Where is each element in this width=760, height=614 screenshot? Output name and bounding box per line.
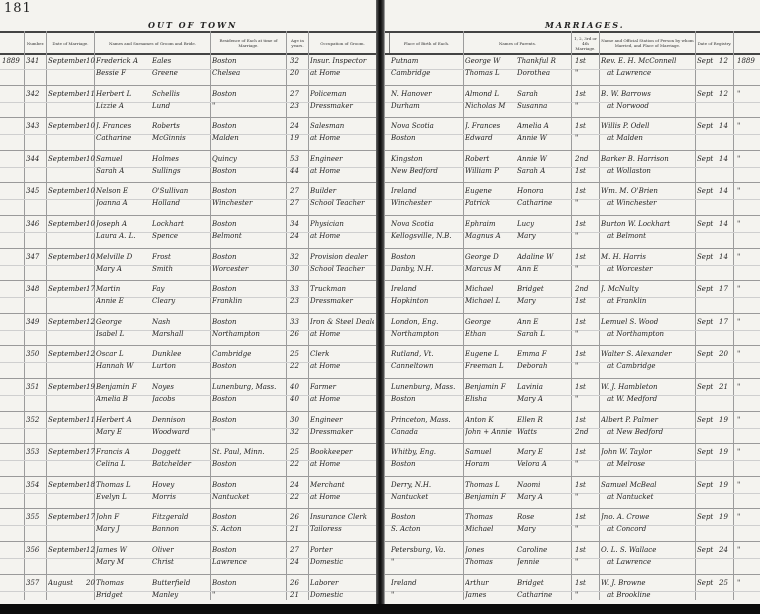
bride-first-name: Laura A. L. <box>96 232 152 240</box>
registry-day: 14 <box>719 253 733 261</box>
bride-marriage-count: " <box>575 460 597 468</box>
header-names-of-parents: Names of Parents. <box>463 33 571 53</box>
registry-month: Sept <box>697 57 717 65</box>
bride-birthplace: Canneltown <box>391 362 463 370</box>
bride-marriage-count: " <box>575 493 597 501</box>
record-row: 354September18Thomas LHoveyEvelyn LMorri… <box>0 477 376 510</box>
bride-birthplace: Durham <box>391 102 463 110</box>
bride-marriage-count: " <box>575 395 597 403</box>
bride-mother: Jennie <box>517 558 569 566</box>
bride-first-name: Celina L <box>96 460 152 468</box>
bride-mother: Watts <box>517 428 569 436</box>
marriage-month: September <box>48 513 86 521</box>
bride-birthplace: Boston <box>391 134 463 142</box>
groom-surname: Hovey <box>152 481 208 489</box>
groom-birthplace: Ireland <box>391 285 463 293</box>
registry-day: 14 <box>719 155 733 163</box>
record-number: 352 <box>26 416 46 424</box>
registry-year: " <box>737 122 759 130</box>
groom-father: Almond L <box>465 90 517 98</box>
groom-birthplace: Princeton, Mass. <box>391 416 463 424</box>
groom-marriage-count: 1st <box>575 122 597 130</box>
record-row: PutnamCambridgeGeorge WThankful RThomas … <box>385 53 760 86</box>
groom-first-name: James W <box>96 546 152 554</box>
groom-age: 32 <box>290 253 306 261</box>
bride-surname: Christ <box>152 558 208 566</box>
record-number: 344 <box>26 155 46 163</box>
marriage-month: September <box>48 481 86 489</box>
bride-occupation: at Home <box>310 232 374 240</box>
bride-occupation: School Teacher <box>310 199 374 207</box>
groom-occupation: Porter <box>310 546 374 554</box>
registry-day: 14 <box>719 122 733 130</box>
bride-marriage-count: " <box>575 525 597 533</box>
bride-occupation: Domestic <box>310 591 374 599</box>
groom-occupation: Merchant <box>310 481 374 489</box>
registry-day: 19 <box>719 481 733 489</box>
officiant-name: Samuel McBeal <box>601 481 695 489</box>
registry-year: " <box>737 318 759 326</box>
groom-first-name: Francis A <box>96 448 152 456</box>
marriage-day: 10 <box>86 253 96 261</box>
groom-first-name: Samuel <box>96 155 152 163</box>
groom-age: 25 <box>290 448 306 456</box>
groom-mother: Emma F <box>517 350 569 358</box>
bride-mother: Mary <box>517 232 569 240</box>
groom-residence: Boston <box>212 416 284 424</box>
bride-mother: Deborah <box>517 362 569 370</box>
registry-month: Sept <box>697 187 717 195</box>
registry-year: " <box>737 579 759 587</box>
groom-father: Eugene <box>465 187 517 195</box>
record-row: 348September17MartinFayAnnie EClearyBost… <box>0 281 376 314</box>
page-number: 181 <box>4 1 32 16</box>
bride-father: James <box>465 591 517 599</box>
bride-birthplace: Northampton <box>391 330 463 338</box>
marriage-place: at Franklin <box>607 297 695 305</box>
record-row: IrelandHopkintonMichaelBridgetMichael LM… <box>385 281 760 314</box>
header-marriage-count: 1, 2, 3rd or 4th Marriage. <box>571 33 599 53</box>
bride-residence: Northampton <box>212 330 284 338</box>
registry-year: " <box>737 546 759 554</box>
groom-age: 24 <box>290 122 306 130</box>
bride-first-name: Catharine <box>96 134 152 142</box>
groom-father: George <box>465 318 517 326</box>
record-row: 349September12GeorgeNashIsabel LMarshall… <box>0 314 376 347</box>
bride-surname: Jacobs <box>152 395 208 403</box>
header-occupation-groom: Occupation of Groom. <box>308 33 376 53</box>
groom-age: 34 <box>290 220 306 228</box>
groom-father: Samuel <box>465 448 517 456</box>
bride-residence: Boston <box>212 362 284 370</box>
marriage-place: at Lawrence <box>607 69 695 77</box>
marriage-day: 10 <box>86 220 96 228</box>
groom-first-name: Oscar L <box>96 350 152 358</box>
registry-month: Sept <box>697 350 717 358</box>
registry-month: Sept <box>697 285 717 293</box>
bride-occupation: at Home <box>310 493 374 501</box>
marriage-month: September <box>48 90 86 98</box>
record-row: Derry, N.H.NantucketThomas LNaomiBenjami… <box>385 477 760 510</box>
groom-marriage-count: 1st <box>575 579 597 587</box>
bride-first-name: Bessie F <box>96 69 152 77</box>
groom-occupation: Policeman <box>310 90 374 98</box>
groom-occupation: Physician <box>310 220 374 228</box>
groom-surname: Dunklee <box>152 350 208 358</box>
marriage-day: 10 <box>86 187 96 195</box>
bride-mother: Mary A <box>517 395 569 403</box>
groom-occupation: Insurance Clerk <box>310 513 374 521</box>
registry-day: 14 <box>719 187 733 195</box>
bride-first-name: Evelyn L <box>96 493 152 501</box>
bride-age: 22 <box>290 362 306 370</box>
registry-year: " <box>737 155 759 163</box>
groom-residence: Boston <box>212 285 284 293</box>
bride-surname: Smith <box>152 265 208 273</box>
bride-residence: Winchester <box>212 199 284 207</box>
bride-first-name: Lizzie A <box>96 102 152 110</box>
groom-marriage-count: 1st <box>575 448 597 456</box>
bride-occupation: at Home <box>310 330 374 338</box>
groom-residence: Boston <box>212 90 284 98</box>
groom-birthplace: Boston <box>391 253 463 261</box>
bride-mother: Mary <box>517 297 569 305</box>
groom-birthplace: Petersburg, Va. <box>391 546 463 554</box>
groom-birthplace: Ireland <box>391 579 463 587</box>
bride-father: Marcus M <box>465 265 517 273</box>
record-row: 350September12Oscar LDunkleeHannah WLurt… <box>0 346 376 379</box>
groom-residence: Quincy <box>212 155 284 163</box>
officiant-name: O. L. S. Wallace <box>601 546 695 554</box>
bride-residence: Malden <box>212 134 284 142</box>
bride-age: 32 <box>290 428 306 436</box>
groom-surname: Fitzgerald <box>152 513 208 521</box>
bride-father: Nicholas M <box>465 102 517 110</box>
record-row: 347September10Melville DFrostMary ASmith… <box>0 249 376 282</box>
officiant-name: Willis P. Odell <box>601 122 695 130</box>
marriage-place: at Concord <box>607 525 695 533</box>
groom-father: George W <box>465 57 517 65</box>
record-number: 346 <box>26 220 46 228</box>
registry-day: 24 <box>719 546 733 554</box>
officiant-name: Wm. M. O'Brien <box>601 187 695 195</box>
registry-day: 17 <box>719 318 733 326</box>
registry-day: 20 <box>719 350 733 358</box>
groom-father: Jones <box>465 546 517 554</box>
bride-mother: Ann E <box>517 265 569 273</box>
groom-occupation: Clerk <box>310 350 374 358</box>
bride-father: Horam <box>465 460 517 468</box>
groom-mother: Amelia A <box>517 122 569 130</box>
bride-age: 26 <box>290 330 306 338</box>
header-residence: Residence of Each at time of Marriage. <box>210 33 286 53</box>
groom-father: J. Frances <box>465 122 517 130</box>
bride-father: Freeman L <box>465 362 517 370</box>
marriage-place: at Melrose <box>607 460 695 468</box>
marriage-place: at Nantucket <box>607 493 695 501</box>
bride-birthplace: " <box>391 591 463 599</box>
groom-residence: Boston <box>212 57 284 65</box>
groom-mother: Ellen R <box>517 416 569 424</box>
groom-birthplace: Putnam <box>391 57 463 65</box>
marriage-month: September <box>48 318 86 326</box>
groom-father: Benjamin F <box>465 383 517 391</box>
groom-occupation: Provision dealer <box>310 253 374 261</box>
registry-year: " <box>737 90 759 98</box>
record-row: London, Eng.NorthamptonGeorgeAnn EEthanS… <box>385 314 760 347</box>
registry-day: 19 <box>719 448 733 456</box>
registry-day: 25 <box>719 579 733 587</box>
bride-marriage-count: " <box>575 362 597 370</box>
groom-surname: Noyes <box>152 383 208 391</box>
record-row: 351September19Benjamin FNoyesAmelia BJac… <box>0 379 376 412</box>
registry-year: " <box>737 350 759 358</box>
registry-month: Sept <box>697 220 717 228</box>
bride-residence: Chelsea <box>212 69 284 77</box>
record-row: 1889341September10Frederick AEalesBessie… <box>0 53 376 86</box>
bride-father: Michael L <box>465 297 517 305</box>
bride-first-name: Annie E <box>96 297 152 305</box>
officiant-name: W. J. Hambleton <box>601 383 695 391</box>
bride-mother: Sarah A <box>517 167 569 175</box>
officiant-name: M. H. Harris <box>601 253 695 261</box>
marriage-place: at W. Medford <box>607 395 695 403</box>
bride-residence: Boston <box>212 395 284 403</box>
groom-residence: Boston <box>212 318 284 326</box>
record-number: 353 <box>26 448 46 456</box>
bride-marriage-count: " <box>575 102 597 110</box>
marriage-day: 11 <box>86 90 96 98</box>
groom-age: 33 <box>290 318 306 326</box>
groom-marriage-count: 1st <box>575 546 597 554</box>
marriage-month: September <box>48 383 86 391</box>
bride-residence: Franklin <box>212 297 284 305</box>
marriage-month: September <box>48 253 86 261</box>
record-number: 355 <box>26 513 46 521</box>
record-row: Nova ScotiaKellogsville, N.B.EphraimLucy… <box>385 216 760 249</box>
record-row: Petersburg, Va."JonesCarolineThomasJenni… <box>385 542 760 575</box>
scan-edge <box>0 604 760 614</box>
left-ledger-page: 181 OUT OF TOWN Number. Date of Marriage… <box>0 0 377 606</box>
record-row: 343September10J. FrancesRobertsCatharine… <box>0 118 376 151</box>
record-number: 349 <box>26 318 46 326</box>
groom-occupation: Engineer <box>310 155 374 163</box>
bride-surname: Greene <box>152 69 208 77</box>
record-row: BostonS. ActonThomasRoseMichaelMary1st"J… <box>385 509 760 542</box>
officiant-name: Albert P. Palmer <box>601 416 695 424</box>
groom-father: Ephraim <box>465 220 517 228</box>
groom-age: 40 <box>290 383 306 391</box>
bride-mother: Velora A <box>517 460 569 468</box>
header-date-of-registry: Date of Registry. <box>695 33 733 53</box>
groom-father: Michael <box>465 285 517 293</box>
bride-first-name: Mary J <box>96 525 152 533</box>
officiant-name: Jno. A. Crowe <box>601 513 695 521</box>
record-row: KingstonNew BedfordRobertAnnie WWilliam … <box>385 151 760 184</box>
record-number: 347 <box>26 253 46 261</box>
bride-surname: Spence <box>152 232 208 240</box>
bride-occupation: Dressmaker <box>310 297 374 305</box>
marriage-month: September <box>48 155 86 163</box>
groom-marriage-count: 2nd <box>575 285 597 293</box>
bride-age: 44 <box>290 167 306 175</box>
marriage-place: at Brookline <box>607 591 695 599</box>
record-row: 346September10Joseph ALockhartLaura A. L… <box>0 216 376 249</box>
bride-first-name: Mary E <box>96 428 152 436</box>
groom-father: George D <box>465 253 517 261</box>
registry-month: Sept <box>697 318 717 326</box>
marriage-day: 18 <box>86 481 96 489</box>
bride-marriage-count: " <box>575 69 597 77</box>
bride-mother: Susanna <box>517 102 569 110</box>
record-row: 357August20ThomasButterfieldBridgetManle… <box>0 575 376 607</box>
groom-father: Robert <box>465 155 517 163</box>
groom-mother: Annie W <box>517 155 569 163</box>
bride-father: Ethan <box>465 330 517 338</box>
registry-month: Sept <box>697 416 717 424</box>
bride-occupation: Dressmaker <box>310 102 374 110</box>
bride-surname: Holland <box>152 199 208 207</box>
bride-birthplace: New Bedford <box>391 167 463 175</box>
groom-marriage-count: 1st <box>575 187 597 195</box>
groom-first-name: John F <box>96 513 152 521</box>
marriage-day: 17 <box>86 285 96 293</box>
bride-marriage-count: " <box>575 265 597 273</box>
record-row: 356September12James WOliverMary MChristB… <box>0 542 376 575</box>
groom-mother: Bridget <box>517 579 569 587</box>
bride-age: 27 <box>290 199 306 207</box>
registry-month: Sept <box>697 155 717 163</box>
groom-marriage-count: 1st <box>575 513 597 521</box>
officiant-name: Burton W. Lockhart <box>601 220 695 228</box>
groom-surname: Lockhart <box>152 220 208 228</box>
groom-occupation: Iron & Steel Dealer <box>310 318 374 326</box>
bride-marriage-count: 1st <box>575 167 597 175</box>
groom-first-name: Melville D <box>96 253 152 261</box>
bride-surname: Sullings <box>152 167 208 175</box>
bride-father: Edward <box>465 134 517 142</box>
registry-year: " <box>737 448 759 456</box>
record-row: Lunenburg, Mass.BostonBenjamin FLaviniaE… <box>385 379 760 412</box>
groom-mother: Caroline <box>517 546 569 554</box>
bride-marriage-count: " <box>575 591 597 599</box>
header-place-of-birth: Place of Birth of Each. <box>389 33 463 53</box>
bride-first-name: Bridget <box>96 591 152 599</box>
bride-mother: Mary <box>517 525 569 533</box>
marriage-month: September <box>48 285 86 293</box>
marriage-day: 10 <box>86 122 96 130</box>
margin-year: 1889 <box>2 57 20 65</box>
groom-occupation: Laborer <box>310 579 374 587</box>
groom-marriage-count: 2nd <box>575 155 597 163</box>
bride-residence: Worcester <box>212 265 284 273</box>
groom-first-name: Nelson E <box>96 187 152 195</box>
groom-first-name: Frederick A <box>96 57 152 65</box>
groom-surname: Fay <box>152 285 208 293</box>
bride-birthplace: Boston <box>391 460 463 468</box>
officiant-name: John W. Taylor <box>601 448 695 456</box>
bride-age: 21 <box>290 525 306 533</box>
marriage-day: 12 <box>86 318 96 326</box>
record-number: 354 <box>26 481 46 489</box>
header-names-groom-bride: Names and Surnames of Groom and Bride. <box>94 33 210 53</box>
groom-mother: Thankful R <box>517 57 569 65</box>
bride-father: William P <box>465 167 517 175</box>
bride-residence: " <box>212 102 284 110</box>
bride-occupation: at Home <box>310 134 374 142</box>
bride-birthplace: Cambridge <box>391 69 463 77</box>
registry-month: Sept <box>697 253 717 261</box>
record-number: 351 <box>26 383 46 391</box>
groom-mother: Sarah <box>517 90 569 98</box>
bride-surname: Morris <box>152 493 208 501</box>
registry-year: " <box>737 513 759 521</box>
registry-year: " <box>737 383 759 391</box>
bride-age: 19 <box>290 134 306 142</box>
groom-first-name: Benjamin F <box>96 383 152 391</box>
bride-mother: Annie W <box>517 134 569 142</box>
right-ledger-page: MARRIAGES. Place of Birth of Each. Names… <box>384 0 760 606</box>
record-number: 350 <box>26 350 46 358</box>
bride-age: 21 <box>290 591 306 599</box>
groom-first-name: Joseph A <box>96 220 152 228</box>
groom-age: 30 <box>290 416 306 424</box>
record-number: 357 <box>26 579 46 587</box>
groom-father: Arthur <box>465 579 517 587</box>
bride-father: John + Annie <box>465 428 517 436</box>
bride-father: Elisha <box>465 395 517 403</box>
record-row: 352September11Herbert ADennisonMary EWoo… <box>0 412 376 445</box>
marriage-place: at Norwood <box>607 102 695 110</box>
groom-occupation: Truckman <box>310 285 374 293</box>
officiant-name: Barker B. Harrison <box>601 155 695 163</box>
registry-day: 19 <box>719 513 733 521</box>
groom-residence: Boston <box>212 546 284 554</box>
bride-surname: Marshall <box>152 330 208 338</box>
marriage-place: at Belmont <box>607 232 695 240</box>
groom-residence: Boston <box>212 220 284 228</box>
marriage-day: 17 <box>86 513 96 521</box>
groom-marriage-count: 1st <box>575 90 597 98</box>
bride-occupation: Domestic <box>310 558 374 566</box>
groom-birthplace: Kingston <box>391 155 463 163</box>
bride-residence: Lawrence <box>212 558 284 566</box>
groom-residence: Boston <box>212 253 284 261</box>
header-officiant: Name and Official Station of Person by w… <box>599 33 695 53</box>
officiant-name: W. J. Browne <box>601 579 695 587</box>
groom-mother: Adaline W <box>517 253 569 261</box>
registry-month: Sept <box>697 513 717 521</box>
groom-residence: St. Paul, Minn. <box>212 448 284 456</box>
registry-month: Sept <box>697 383 717 391</box>
registry-day: 21 <box>719 383 733 391</box>
registry-year: " <box>737 253 759 261</box>
header-age: Age in years. <box>286 33 308 53</box>
groom-birthplace: Lunenburg, Mass. <box>391 383 463 391</box>
bride-birthplace: Canada <box>391 428 463 436</box>
groom-surname: Roberts <box>152 122 208 130</box>
groom-first-name: Herbert L <box>96 90 152 98</box>
bride-surname: McGinnis <box>152 134 208 142</box>
groom-marriage-count: 1st <box>575 220 597 228</box>
bride-marriage-count: " <box>575 134 597 142</box>
bride-first-name: Mary A <box>96 265 152 273</box>
groom-occupation: Salesman <box>310 122 374 130</box>
bride-residence: " <box>212 591 284 599</box>
bride-mother: Catharine <box>517 199 569 207</box>
record-row: Ireland"ArthurBridgetJamesCatharine1st"W… <box>385 575 760 607</box>
page-title-out-of-town: OUT OF TOWN <box>148 20 237 30</box>
